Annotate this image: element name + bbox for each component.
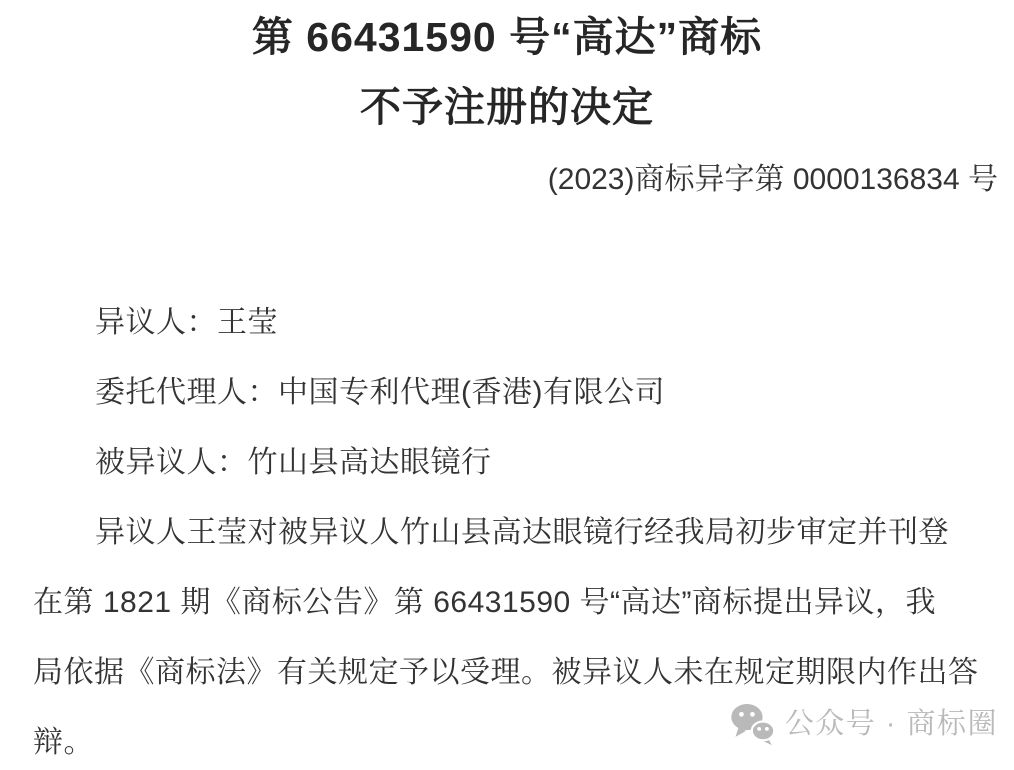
case-number: (2023)商标异字第 0000136834 号 [548, 160, 998, 200]
paragraph-line-3: 局依据《商标法》有关规定予以受理。被异议人未在规定期限内作出答 [33, 638, 994, 708]
document-body: 异议人：王莹 委托代理人：中国专利代理(香港)有限公司 被异议人：竹山县高达眼镜… [33, 288, 994, 770]
wechat-icon [729, 701, 775, 747]
opposed-party-line: 被异议人：竹山县高达眼镜行 [33, 428, 994, 498]
watermark: 公众号 · 商标圈 [729, 701, 998, 747]
paragraph-line-2: 在第 1821 期《商标公告》第 66431590 号“高达”商标提出异议，我 [33, 568, 994, 638]
title-line-2: 不予注册的决定 [0, 72, 1014, 142]
watermark-label: 公众号 · 商标圈 [785, 701, 998, 747]
opponent-line: 异议人：王莹 [33, 288, 994, 358]
document-title: 第 66431590 号“高达”商标 不予注册的决定 [0, 2, 1014, 142]
agent-line: 委托代理人：中国专利代理(香港)有限公司 [33, 358, 994, 428]
decision-document-page: 第 66431590 号“高达”商标 不予注册的决定 (2023)商标异字第 0… [0, 0, 1014, 770]
paragraph-line-1: 异议人王莹对被异议人竹山县高达眼镜行经我局初步审定并刊登 [33, 498, 994, 568]
title-line-1: 第 66431590 号“高达”商标 [0, 2, 1014, 72]
